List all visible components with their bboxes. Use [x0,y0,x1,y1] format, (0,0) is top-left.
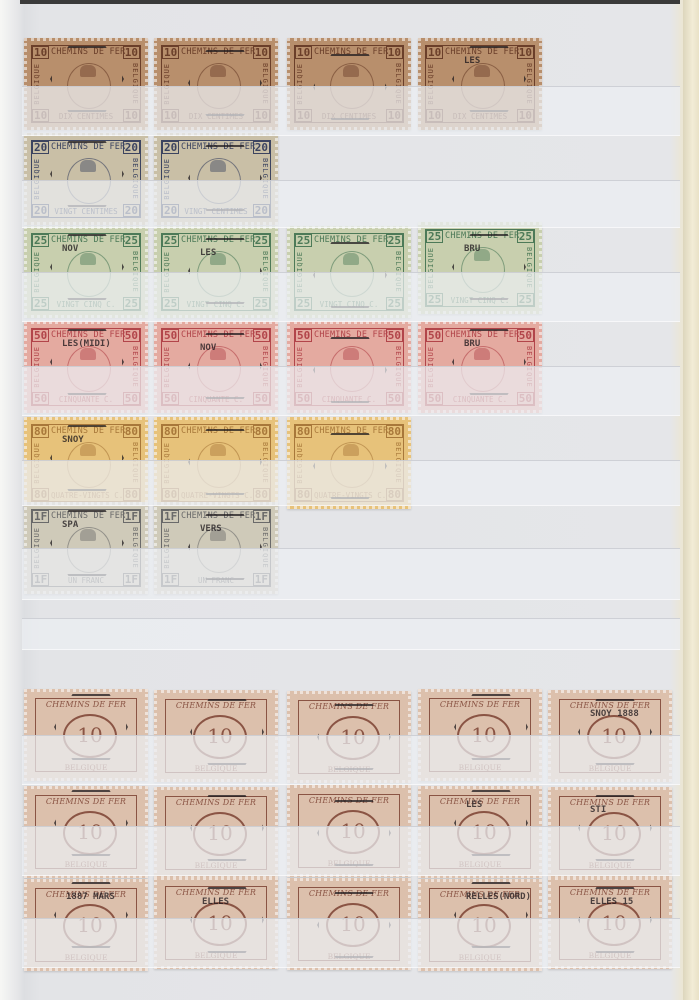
stamp-value: 10 [32,46,49,59]
stamp-title: CHEMINS DE FER [445,231,515,241]
stamp-title: CHEMINS DE FER [431,700,529,709]
glassine-strip [22,180,680,228]
stamp-title: CHEMINS DE FER [561,888,659,897]
glassine-strip [22,618,680,650]
glassine-strip [22,826,680,876]
crown-icon [80,444,96,456]
stamp-title: CHEMINS DE FER [314,235,384,245]
stamp-value: 10 [295,46,312,59]
stamp-value: 10 [123,46,140,59]
crown-icon [210,529,226,541]
stamp-value: 25 [517,230,534,243]
stamp-value: 50 [123,329,140,342]
stamp-value: 25 [426,230,443,243]
stamp-value: 10 [517,46,534,59]
stamp-title: CHEMINS DE FER [51,330,121,340]
glassine-strip [22,460,680,506]
stamp-value: 80 [123,425,140,438]
stamp-value: 10 [426,46,443,59]
crown-icon [343,65,359,77]
glassine-strip [22,548,680,600]
crown-icon [343,348,359,360]
stamp-value: 25 [295,234,312,247]
stamp-value: 80 [32,425,49,438]
stamp-title: CHEMINS DE FER [51,142,121,152]
stamp-title: CHEMINS DE FER [51,235,121,245]
stamp-title: CHEMINS DE FER [37,700,135,709]
crown-icon [80,529,96,541]
stamp-title: CHEMINS DE FER [445,47,515,57]
stamp-title: CHEMINS DE FER [300,889,398,898]
crown-icon [210,160,226,172]
page-right-edge [683,0,699,1000]
stamp-value: 50 [426,329,443,342]
stamp-title: CHEMINS DE FER [37,797,135,806]
stamp-title: CHEMINS DE FER [314,330,384,340]
glassine-strip [22,86,680,136]
stamp-value: 25 [253,234,270,247]
stamp-value: 50 [295,329,312,342]
glassine-strip [22,918,680,968]
stamp-title: CHEMINS DE FER [167,888,265,897]
glassine-strip [22,366,680,416]
stamp-title: CHEMINS DE FER [561,701,659,710]
stamp-title: CHEMINS DE FER [431,797,529,806]
stamp-value: 50 [32,329,49,342]
stamp-value: 10 [162,46,179,59]
crown-icon [80,348,96,360]
crown-icon [343,253,359,265]
stamp-title: CHEMINS DE FER [445,330,515,340]
stamp-title: CHEMINS DE FER [561,798,659,807]
stamp-value: 80 [253,425,270,438]
stamp-title: CHEMINS DE FER [181,235,251,245]
crown-icon [210,444,226,456]
stamp-value: 25 [123,234,140,247]
stockbook-page: 10101010CHEMINS DE FERBELGIQUEBELGIQUEDI… [0,0,699,1000]
stamp-value: 80 [162,425,179,438]
crown-icon [80,160,96,172]
crown-icon [210,348,226,360]
stamp-value: 1F [32,510,49,523]
stamp-value: 25 [32,234,49,247]
crown-icon [80,65,96,77]
stamp-title: CHEMINS DE FER [181,330,251,340]
stamp-value: 50 [386,329,403,342]
stamp-title: CHEMINS DE FER [167,798,265,807]
stamp-value: 80 [386,425,403,438]
stamp-title: CHEMINS DE FER [37,890,135,899]
crown-icon [474,65,490,77]
stamp-title: CHEMINS DE FER [167,701,265,710]
stamp-value: 50 [517,329,534,342]
glassine-strip [22,735,680,785]
stamp-title: CHEMINS DE FER [181,47,251,57]
crown-icon [210,253,226,265]
page-top-edge [20,0,680,4]
stamp-title: CHEMINS DE FER [431,890,529,899]
crown-icon [210,65,226,77]
stamp-value: 20 [253,141,270,154]
stamp-value: 1F [253,510,270,523]
crown-icon [80,253,96,265]
stamp-title: CHEMINS DE FER [300,702,398,711]
stamp-value: 20 [32,141,49,154]
stamp-title: CHEMINS DE FER [51,511,121,521]
stamp-title: CHEMINS DE FER [181,511,251,521]
stamp-value: 1F [123,510,140,523]
stamp-value: 50 [253,329,270,342]
stamp-value: 1F [162,510,179,523]
stamp-value: 10 [386,46,403,59]
stamp-title: CHEMINS DE FER [300,796,398,805]
stamp-title: CHEMINS DE FER [181,142,251,152]
stamp-value: 80 [295,425,312,438]
stamp-title: CHEMINS DE FER [181,426,251,436]
stamp-value: 50 [162,329,179,342]
stamp-title: CHEMINS DE FER [51,426,121,436]
crown-icon [474,249,490,261]
stamp-value: 20 [162,141,179,154]
stamp-value: 25 [162,234,179,247]
stamp-value: 25 [386,234,403,247]
crown-icon [343,444,359,456]
stamp-value: 20 [123,141,140,154]
stamp-title: CHEMINS DE FER [314,47,384,57]
stamp-title: CHEMINS DE FER [314,426,384,436]
stamp-title: CHEMINS DE FER [51,47,121,57]
glassine-strip [22,272,680,322]
crown-icon [474,348,490,360]
stamp-value: 10 [253,46,270,59]
